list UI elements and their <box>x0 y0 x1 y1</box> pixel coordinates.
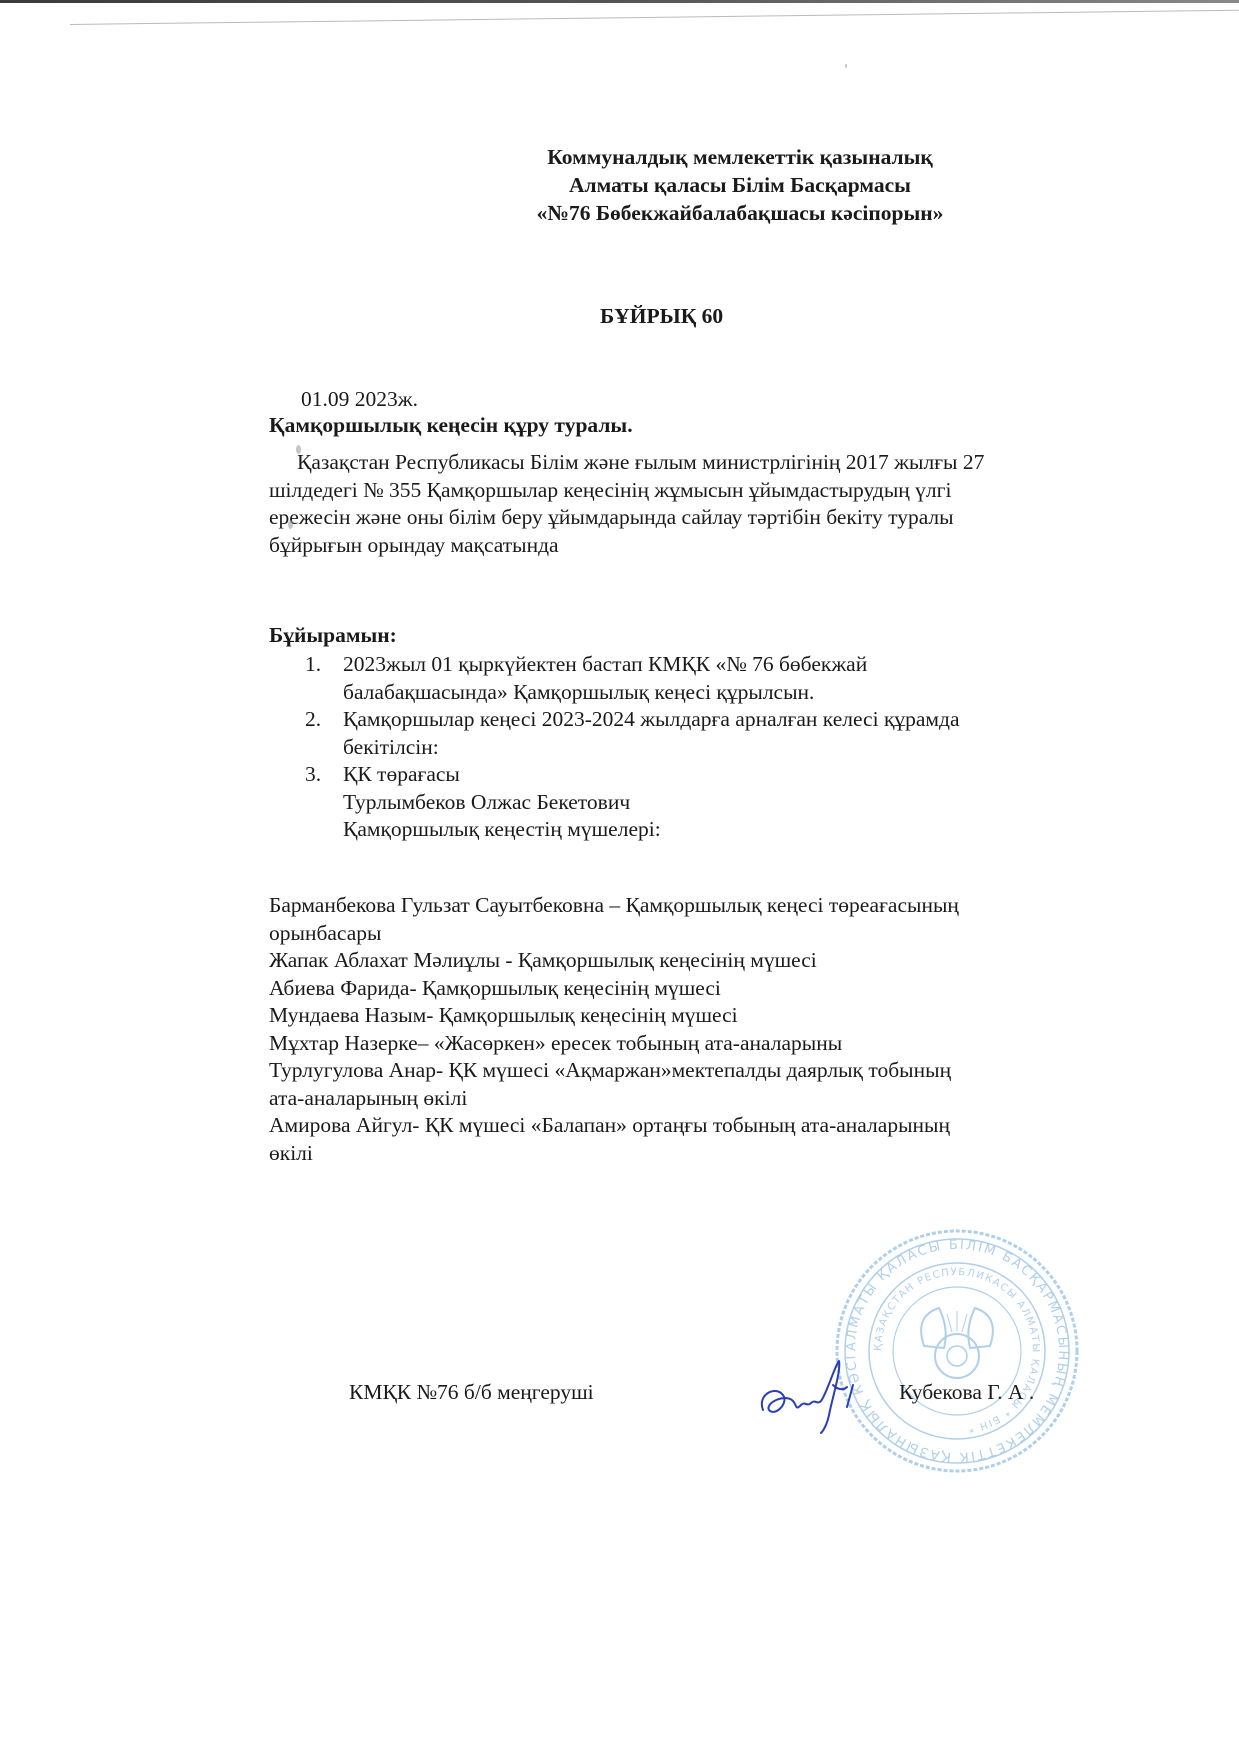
member-line: Турлугулова Анар- ҚК мүшесі «Ақмаржан»ме… <box>269 1057 1229 1085</box>
header-line-3: «№76 Бөбекжайбалабақшасы кәсіпорын» <box>440 199 1040 227</box>
organization-header: Коммуналдық мемлекеттік қазыналық Алматы… <box>440 143 1040 227</box>
order-title: БҰЙРЫҚ 60 <box>600 304 723 329</box>
directive-label: Бұйырамын: <box>269 623 397 648</box>
member-line: Мұхтар Назерке– «Жасөркен» ересек тобыны… <box>269 1030 1229 1058</box>
preamble-line: шілдедегі № 355 Қамқоршылар кеңесінің жұ… <box>269 477 1229 505</box>
member-line: ата-аналарының өкілі <box>269 1085 1229 1113</box>
scan-speck <box>845 64 847 68</box>
handwritten-signature-icon <box>755 1355 865 1435</box>
item-line: 2023жыл 01 қыркүйектен бастап КМҚК «№ 76… <box>343 651 1229 679</box>
item-line: балабақшасында» Қамқоршылық кеңесі құрыл… <box>343 679 1229 707</box>
item-line: Қамқоршылар кеңесі 2023-2024 жылдарға ар… <box>343 706 1229 734</box>
scan-speck <box>296 445 301 454</box>
preamble-line: бұйрығын орындау мақсатында <box>269 532 1229 560</box>
header-line-1: Коммуналдық мемлекеттік қазыналық <box>440 143 1040 171</box>
item-number: 2. <box>305 706 321 734</box>
members-heading: Қамқоршылық кеңестің мүшелері: <box>343 816 1229 844</box>
member-line: Барманбекова Гульзат Сауытбековна – Қамқ… <box>269 892 1229 920</box>
order-date: 01.09 2023ж. <box>301 387 418 412</box>
directive-item: 3. ҚК төрағасы Турлымбеков Олжас Бекетов… <box>269 761 1229 844</box>
member-line: Мундаева Назым- Қамқоршылық кеңесінің мү… <box>269 1002 1229 1030</box>
preamble-line: ережесін және оны білім беру ұйымдарында… <box>269 504 1229 532</box>
preamble-line: Қазақстан Республикасы Білім және ғылым … <box>269 449 1229 477</box>
scan-speck <box>288 520 293 529</box>
item-number: 1. <box>305 651 321 679</box>
directive-item: 2. Қамқоршылар кеңесі 2023-2024 жылдарға… <box>269 706 1229 761</box>
signer-name: Кубекова Г. А . <box>899 1380 1034 1405</box>
chairman-name: Турлымбеков Олжас Бекетович <box>343 789 1229 817</box>
directive-item: 1. 2023жыл 01 қыркүйектен бастап КМҚК «№… <box>269 651 1229 706</box>
order-subject: Қамқоршылық кеңесін құру туралы. <box>269 413 633 438</box>
preamble-paragraph: Қазақстан Республикасы Білім және ғылым … <box>269 449 1229 559</box>
directive-list: 1. 2023жыл 01 қыркүйектен бастап КМҚК «№… <box>269 651 1229 844</box>
scan-artifact-line <box>70 10 1239 25</box>
council-members-list: Барманбекова Гульзат Сауытбековна – Қамқ… <box>269 892 1229 1167</box>
scan-edge <box>0 0 1239 3</box>
item-line: ҚК төрағасы <box>343 761 1229 789</box>
signature-block: КМҚК №76 б/б меңгеруші Кубекова Г. А . <box>0 1380 1239 1440</box>
member-line: Абиева Фарида- Қамқоршылық кеңесінің мүш… <box>269 975 1229 1003</box>
item-number: 3. <box>305 761 321 789</box>
member-line: Амирова Айгул- ҚК мүшесі «Балапан» ортаң… <box>269 1112 1229 1140</box>
signer-role: КМҚК №76 б/б меңгеруші <box>349 1380 594 1405</box>
member-line: өкілі <box>269 1140 1229 1168</box>
header-line-2: Алматы қаласы Білім Басқармасы <box>440 171 1040 199</box>
item-line: бекітілсін: <box>343 734 1229 762</box>
member-line: орынбасары <box>269 920 1229 948</box>
document-page: АЛМАТЫ ҚАЛАСЫ БІЛІМ БАСҚАРМАСЫНЫҢ МЕМЛЕК… <box>0 0 1239 1752</box>
member-line: Жапак Аблахат Мәлиұлы - Қамқоршылық кеңе… <box>269 947 1229 975</box>
